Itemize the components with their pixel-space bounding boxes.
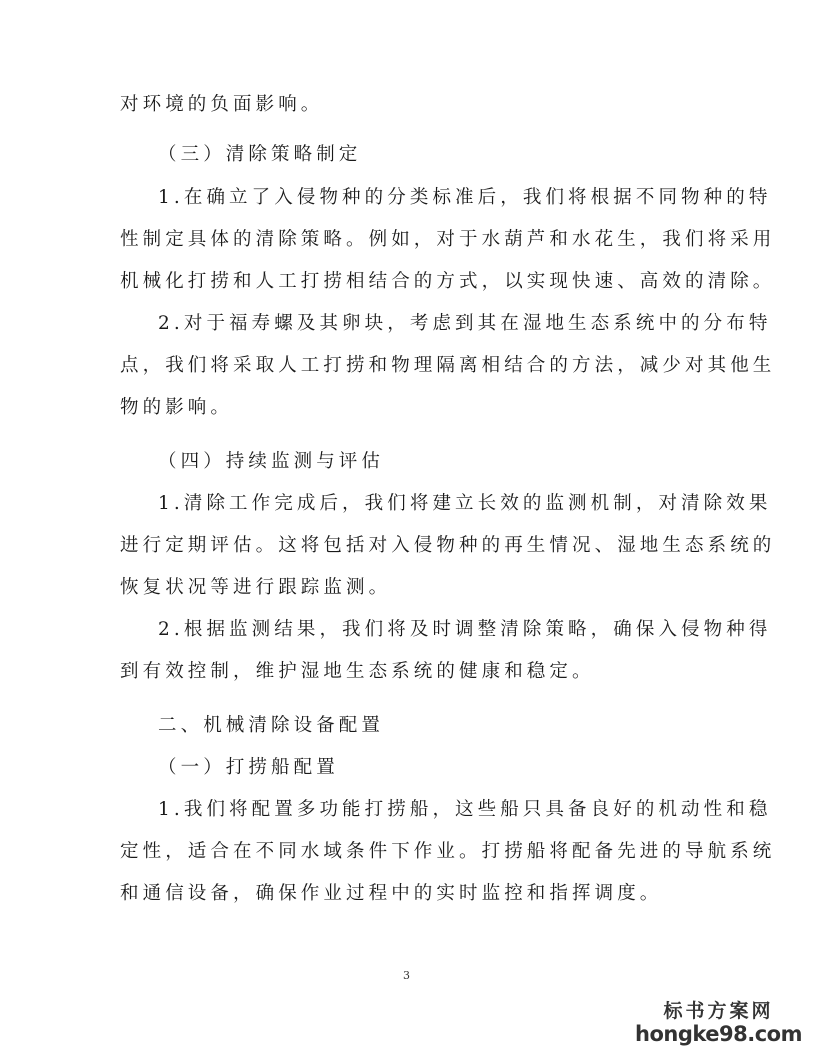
watermark-logo: 标书方案网 hongke98.com: [635, 1000, 802, 1046]
text-line: 到有效控制，维护湿地生态系统的健康和稳定。: [120, 660, 700, 684]
section-heading: （四）持续监测与评估: [158, 450, 703, 474]
text-line: 机械化打捞和人工打捞相结合的方式，以实现快速、高效的清除。: [120, 270, 700, 294]
text-line: 恢复状况等进行跟踪监测。: [120, 576, 700, 600]
section-heading: （一）打捞船配置: [158, 756, 703, 780]
chapter-heading: 二、机械清除设备配置: [158, 714, 703, 738]
text-line: 1.在确立了入侵物种的分类标准后，我们将根据不同物种的特: [158, 186, 703, 210]
section-heading: （三）清除策略制定: [158, 143, 703, 167]
text-line: 进行定期评估。这将包括对入侵物种的再生情况、湿地生态系统的: [120, 534, 700, 558]
text-line: 性制定具体的清除策略。例如，对于水葫芦和水花生，我们将采用: [120, 228, 700, 252]
text-line: 2.对于福寿螺及其卵块，考虑到其在湿地生态系统中的分布特: [158, 312, 703, 336]
text-line: 1.清除工作完成后，我们将建立长效的监测机制，对清除效果: [158, 492, 703, 516]
text-line: 对环境的负面影响。: [120, 93, 700, 117]
text-line: 物的影响。: [120, 396, 700, 420]
page-number: 3: [403, 969, 410, 982]
document-page: 对环境的负面影响。 （三）清除策略制定 1.在确立了入侵物种的分类标准后，我们将…: [0, 0, 816, 1056]
text-line: 2.根据监测结果，我们将及时调整清除策略，确保入侵物种得: [158, 618, 703, 642]
watermark-url: hongke98.com: [635, 1022, 802, 1046]
text-line: 定性，适合在不同水域条件下作业。打捞船将配备先进的导航系统: [120, 840, 700, 864]
watermark-name: 标书方案网: [635, 1000, 802, 1022]
text-line: 点，我们将采取人工打捞和物理隔离相结合的方法，减少对其他生: [120, 354, 700, 378]
text-line: 和通信设备，确保作业过程中的实时监控和指挥调度。: [120, 882, 700, 906]
text-line: 1.我们将配置多功能打捞船，这些船只具备良好的机动性和稳: [158, 798, 703, 822]
